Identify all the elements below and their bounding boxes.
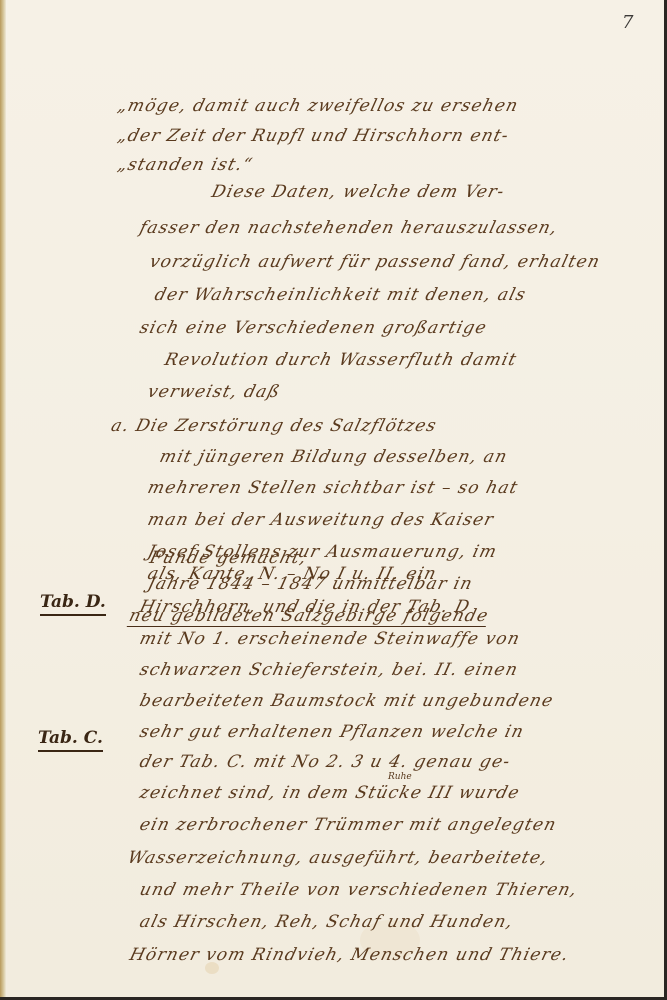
text-line: als Hirschen, Reh, Schaf und Hunden,: [138, 912, 516, 932]
text-segment: als, Kante. N. – No I u. II. ein: [146, 564, 440, 584]
text-line: bearbeiteten Baumstock mit ungebundene: [138, 691, 556, 711]
text-line: „möge, damit auch zweifellos zu ersehen: [116, 96, 521, 116]
text-line: mit jüngeren Bildung desselben, an: [158, 447, 510, 467]
text-line: ein zerbrochener Trümmer mit angelegten: [138, 815, 559, 835]
text-line: Hirschhorn, und die in der Tab. D: [138, 597, 473, 617]
page-number: 7: [622, 12, 633, 33]
text-line: zeichnet sind, in dem Stücke III wurde: [138, 783, 523, 803]
margin-note-tab-c: Tab. C.: [38, 728, 103, 752]
text-segment: Diese Daten, welche dem Ver-: [210, 182, 507, 202]
text-line: Diese Daten, welche dem Ver-: [210, 182, 507, 202]
text-line: sich eine Verschiedenen großartige: [138, 318, 490, 338]
text-line: sehr gut erhaltenen Pflanzen welche in: [138, 722, 527, 742]
margin-note-tab-d: Tab. D.: [40, 592, 106, 616]
text-line: vorzüglich aufwert für passend fand, erh…: [148, 252, 603, 272]
text-line: und mehr Theile von verschiedenen Thiere…: [138, 880, 580, 900]
text-line: fasser den nachstehenden herauszulassen,: [138, 218, 560, 238]
text-line: der Wahrscheinlichkeit mit denen, als: [153, 285, 529, 305]
manuscript-page: 7 Tab. D. Tab. C. „möge, damit auch zwei…: [0, 0, 664, 997]
text-line: verweist, daß: [146, 382, 283, 402]
text-line: schwarzen Schieferstein, bei. II. einen: [138, 660, 521, 680]
page-binding-edge: [0, 0, 6, 997]
superscript-note: Ruhe: [388, 772, 412, 782]
text-line: Revolution durch Wasserfluth damit: [163, 350, 520, 370]
text-line: als, Kante. N. – No I u. II. ein: [146, 564, 440, 584]
text-line: Hörner vom Rindvieh, Menschen und Thiere…: [128, 945, 572, 965]
text-line: man bei der Ausweitung des Kaiser: [146, 510, 497, 530]
text-line: a. Die Zerstörung des Salzflötzes: [109, 416, 439, 436]
text-line: „der Zeit der Rupfl und Hirschhorn ent-: [116, 126, 512, 146]
text-line: mehreren Stellen sichtbar ist – so hat: [146, 478, 521, 498]
text-line: der Tab. C. mit No 2. 3 u 4. genau ge-: [138, 752, 513, 772]
text-line: „standen ist.“: [116, 155, 256, 175]
text-line: mit No 1. erscheinende Steinwaffe von: [138, 629, 523, 649]
text-line: Wasserzeichnung, ausgeführt, bearbeitete…: [126, 848, 551, 868]
